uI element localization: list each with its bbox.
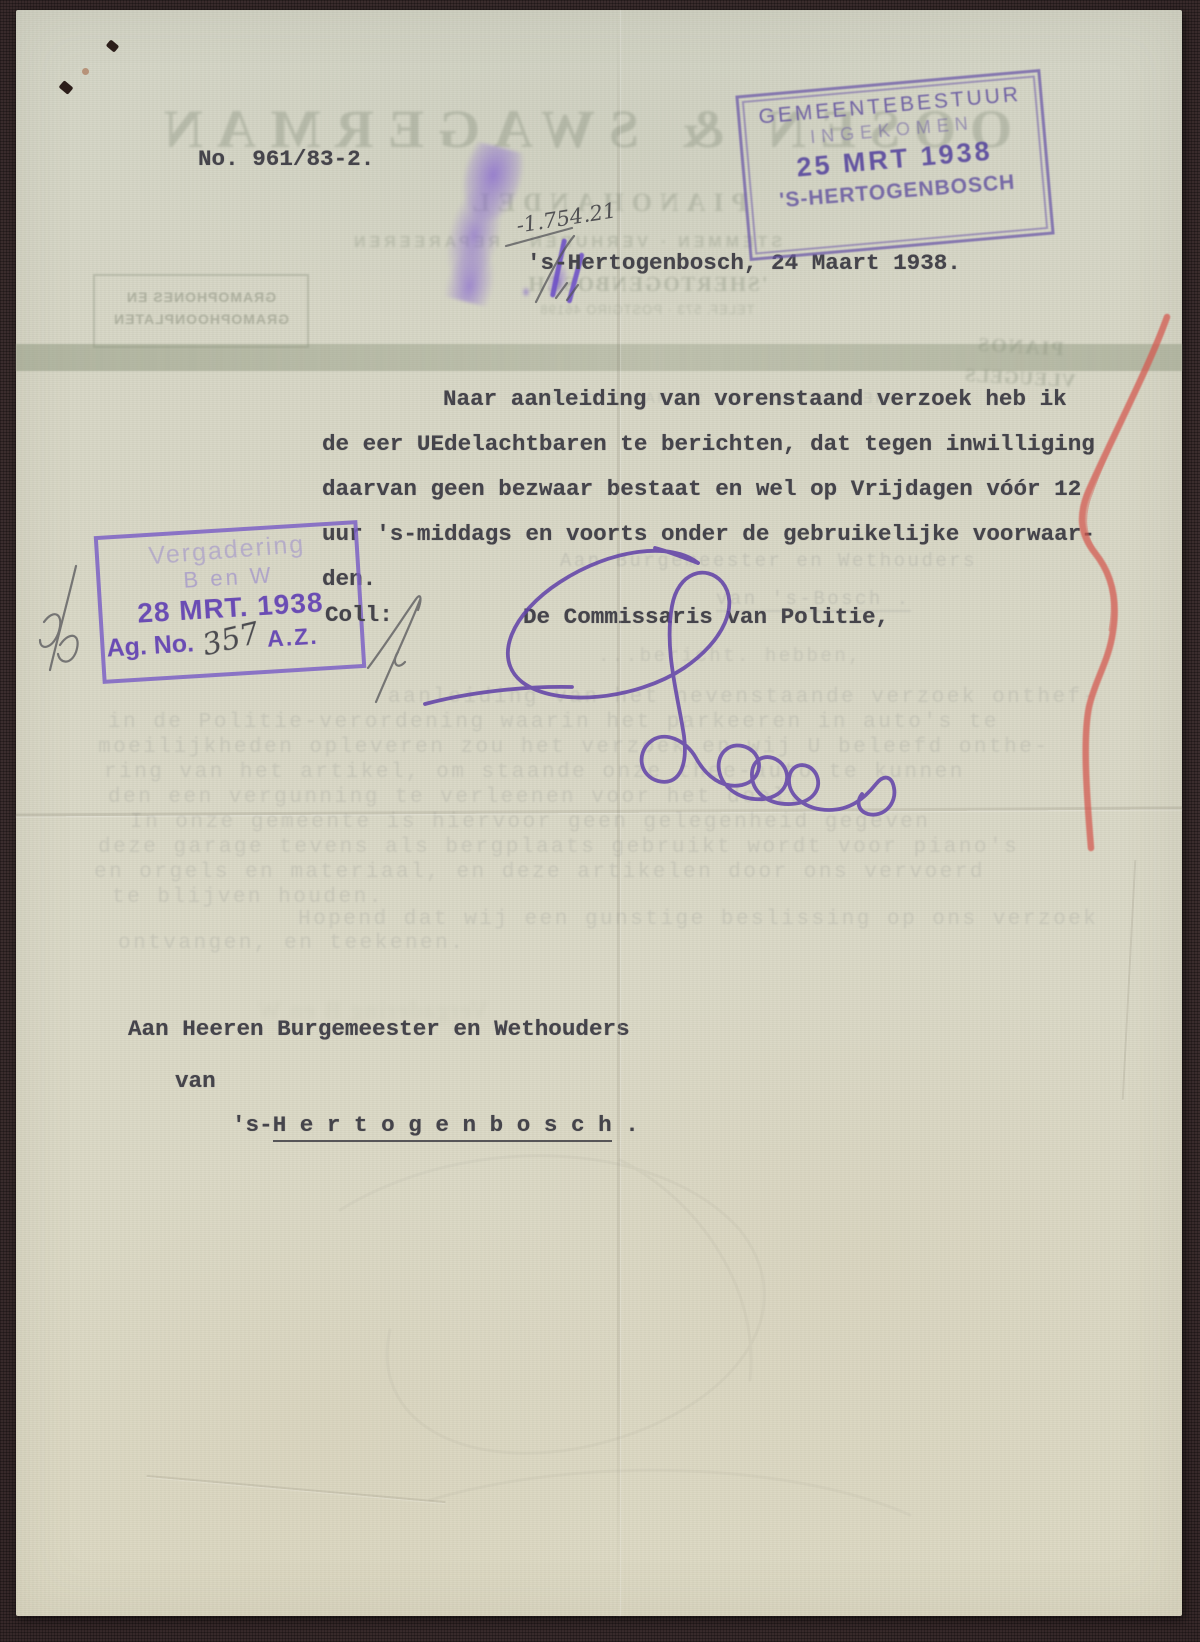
received-stamp: GEMEENTEBESTUUR INGEKOMEN 25 MRT 1938 'S… [735, 69, 1054, 261]
ghost-addressee-city: van 's-Bosch . [716, 588, 911, 612]
ghost-paragraph-line: en orgels en materiaal, en deze artikele… [94, 861, 985, 884]
ghost-paragraph-line: Hopend dat wij een gunstige beslissing o… [298, 908, 1098, 931]
address-line1: Aan Heeren Burgemeester en Wethouders [128, 1016, 630, 1042]
dateline: 's-Hertogenbosch, 24 Maart 1938. [527, 250, 961, 276]
body-line: de eer UEdelachtbaren te berichten, dat … [322, 431, 1095, 457]
meeting-stamp-ag-label: Ag. No. [106, 629, 195, 663]
ghost-paragraph-line: ring van het artikel, om staande onze th… [104, 761, 965, 784]
ghost-addressee-line: Aan Burgemeester en Wethouders [560, 550, 977, 572]
bleedthrough-band [16, 344, 1182, 371]
staple-hole [59, 80, 74, 95]
address-city-underlined: H e r t o g e n b o s c h [273, 1112, 612, 1142]
address-city-line: 's-H e r t o g e n b o s c h . [232, 1112, 639, 1138]
letter-paper: OOSEN & SWAGERMAN PIANOHANDEL STEMMEN · … [16, 10, 1182, 1616]
ghost-paragraph-line: te blijven houden. [112, 886, 384, 909]
ghost-paragraph-line: den een vergunning te verleenen voor het… [108, 786, 803, 809]
bleedthrough-gramophone-box: GRAMOPHONES EN GRAMOPHOONPLATEN [93, 274, 309, 348]
body-line: Naar aanleiding van vorenstaand verzoek … [443, 386, 1067, 412]
rust-speck [82, 68, 89, 75]
photo-mount: OOSEN & SWAGERMAN PIANOHANDEL STEMMEN · … [0, 0, 1200, 1642]
bleedthrough-box-line1: GRAMOPHONES EN [95, 286, 307, 308]
ghost-paragraph-line: ontvangen, en teekenen. [118, 932, 465, 955]
bleedthrough-box-line2: GRAMOPHOONPLATEN [95, 308, 307, 330]
meeting-stamp-ag-suffix: A.Z. [266, 623, 319, 653]
vertical-fold-crease [617, 10, 620, 1616]
edge-wrinkle [1122, 860, 1137, 1100]
ghost-paragraph-line: moeilijkheden opleveren zou het verzoek … [98, 736, 1049, 759]
coll-label: Coll: [325, 602, 393, 628]
ghost-paragraph-line: aanleiding van het nevenstaande verzoek … [388, 686, 1098, 709]
ghost-paragraph-line: deze garage tevens als bergplaats gebrui… [98, 836, 1019, 859]
address-line2: van [175, 1068, 216, 1094]
reference-number: No. 961/83-2. [198, 146, 374, 172]
ghost-paragraph-line: in de Politie-verordening waarin het par… [108, 711, 999, 734]
ink-smudge-dot [521, 285, 531, 299]
corner-crease [146, 1475, 445, 1503]
staple-hole [106, 39, 120, 52]
ghost-fragment: ...bericht. hebben, [598, 645, 862, 667]
address-city-period: . [612, 1112, 639, 1138]
body-line: daarvan geen bezwaar bestaat en wel op V… [322, 476, 1081, 502]
address-city-prefix: 's- [232, 1112, 273, 1138]
body-line: uur 's-middags en voorts onder de gebrui… [322, 521, 1095, 547]
